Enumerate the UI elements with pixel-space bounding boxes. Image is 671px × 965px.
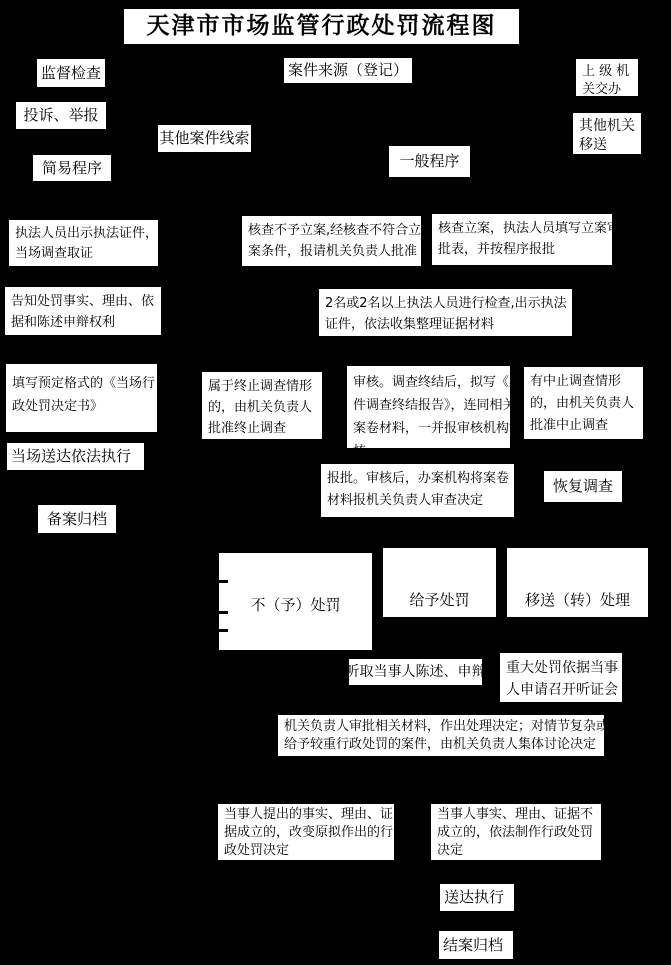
node-show-credentials: 执法人员出示执法证件， 当场调查取证 <box>8 219 159 267</box>
connector-stub <box>219 580 228 583</box>
node-two-officers: 2名或2名以上执法人员进行检查,出示执法 证件，依法收集整理证据材料 <box>318 288 573 337</box>
node-give-penalty: 给予处罚 依法制作并送达 行政处罚(听证)告 知书 <box>382 547 497 618</box>
node-hear-statement: 听取当事人陈述、申辩 <box>348 658 483 686</box>
node-party-claims-invalid: 当事人事实、理由、证据不 成立的，依法制作行政处罚 决定 <box>430 803 602 861</box>
node-inform-rights: 告知处罚事实、理由、依 据和陈述申辩权利 <box>4 286 162 336</box>
node-other-agency-transfer: 其他机关 移送 <box>572 112 642 155</box>
node-superior-assign: 上 级 机 关交办 <box>575 58 639 97</box>
node-other-case-clues: 其他案件线索 <box>157 124 252 153</box>
node-check-no-file: 核查不予立案,经核查不符合立 案条件，报请机关负责人批准 <box>241 215 422 267</box>
node-fill-decision: 填写预定格式的《当场行 政处罚决定书》 <box>5 363 158 433</box>
node-no-penalty: 不（予）处罚 1、情节轻微且已改正,未造 成危害后果的； 2、违法事实不成立的；… <box>218 552 373 651</box>
node-report-approval: 报批。审核后，办案机构将案卷 材料报机关负责人审查决定 <box>320 463 515 518</box>
flowchart-canvas: 天津市市场监管行政处罚流程图 监督检查 案件来源（登记） 上 级 机 关交办 投… <box>0 0 671 965</box>
node-transfer-handling: 移送（转）处理 1、案件不属（宜）本机 关管辖或上级指定其他 机关管辖；2、涉嫌… <box>506 547 649 618</box>
node-no-penalty-heading: 不（予）处罚 <box>224 595 367 615</box>
node-record-archive: 备案归档 <box>37 504 117 534</box>
node-suspend-investigation: 有中止调查情形 的，由机关负责人 批准中止调查 <box>523 366 644 440</box>
node-simple-procedure: 简易程序 <box>32 154 112 182</box>
node-transfer-handling-heading: 移送（转）处理 <box>512 590 643 610</box>
node-leader-decision: 机关负责人审批相关材料，作出处理决定；对情节复杂或 给予较重行政处罚的案件，由机… <box>277 714 605 757</box>
node-complaint-report: 投诉、举报 <box>15 101 107 130</box>
node-review-report: 审核。调查终结后，拟写《案 件调查终结报告》，连同相关 案卷材料，一并报审核机构… <box>346 365 511 449</box>
flowchart-title: 天津市市场监管行政处罚流程图 <box>123 8 520 45</box>
node-supervision-check: 监督检查 <box>36 58 106 88</box>
node-general-procedure: 一般程序 <box>388 145 471 178</box>
node-resume-investigation: 恢复调查 <box>543 470 623 503</box>
node-close-archive: 结案归档 <box>438 930 514 960</box>
node-case-source: 案件来源（登记） <box>283 57 413 84</box>
node-terminate-investigation: 属于终止调查情形 的，由机关负责人 批准终止调查 <box>201 371 323 440</box>
node-onsite-delivery: 当场送达依法执行 <box>6 442 145 471</box>
connector-stub <box>219 629 228 632</box>
connector-stub <box>219 611 228 614</box>
node-check-file: 核查立案，执法人员填写立案审 批表，并按程序报批 <box>431 213 613 266</box>
node-party-claims-valid: 当事人提出的事实、理由、证 据成立的，改变原拟作出的行 政处罚决定 <box>217 803 395 861</box>
node-major-penalty-hearing: 重大处罚依据当事 人申请召开听证会 <box>499 652 623 703</box>
node-deliver-execute: 送达执行 <box>439 883 515 912</box>
node-give-penalty-heading: 给予处罚 <box>388 590 491 610</box>
